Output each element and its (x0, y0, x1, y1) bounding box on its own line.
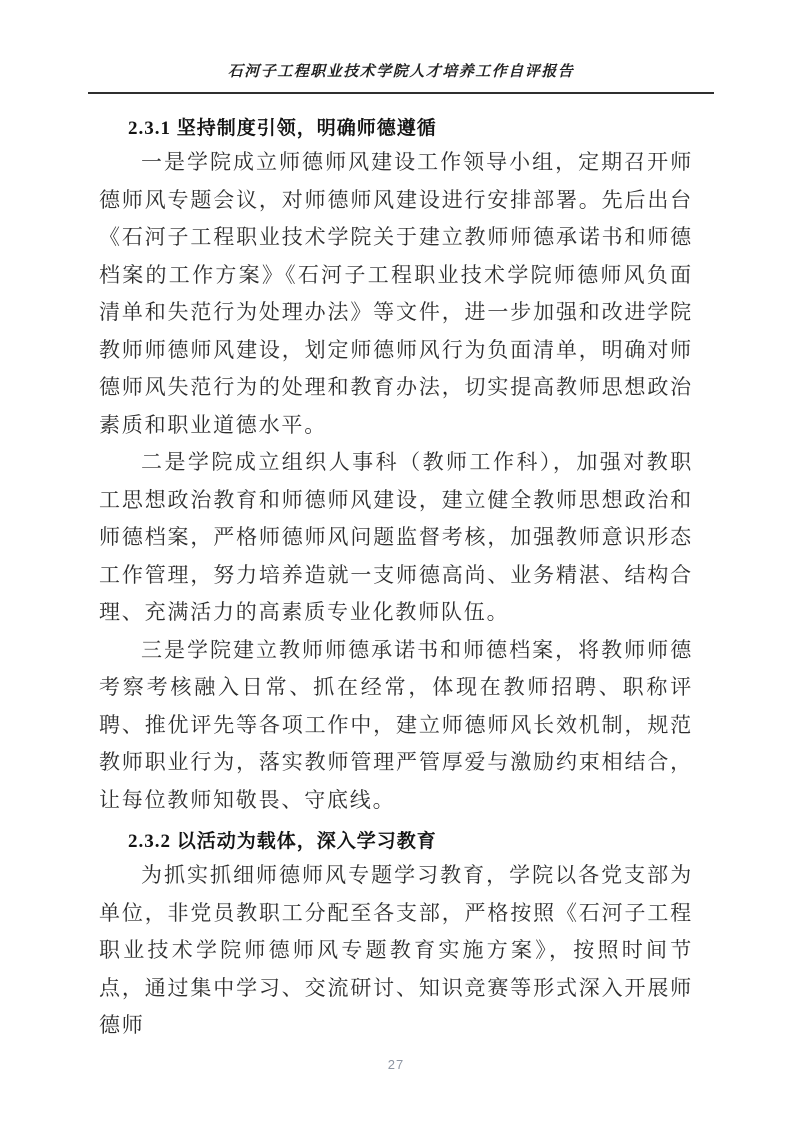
page-footer: 27 (0, 1056, 792, 1074)
paragraph-three: 三是学院建立教师师德承诺书和师德档案，将教师师德考察考核融入日常、抓在经常，体现… (99, 632, 693, 820)
page-number: 27 (388, 1057, 404, 1072)
page-content: 2.3.1 坚持制度引领，明确师德遵循 一是学院成立师德师风建设工作领导小组，定… (99, 106, 693, 1045)
paragraph-four: 为抓实抓细师德师风专题学习教育，学院以各党支部为单位，非党员教职工分配至各支部，… (99, 857, 693, 1045)
document-page: 石河子工程职业技术学院人才培养工作自评报告 2.3.1 坚持制度引领，明确师德遵… (0, 0, 792, 1122)
section-heading-2-3-2: 2.3.2 以活动为载体，深入学习教育 (99, 819, 693, 857)
section-heading-2-3-1: 2.3.1 坚持制度引领，明确师德遵循 (99, 106, 693, 144)
header-title: 石河子工程职业技术学院人才培养工作自评报告 (88, 60, 714, 81)
paragraph-one: 一是学院成立师德师风建设工作领导小组，定期召开师德师风专题会议，对师德师风建设进… (99, 144, 693, 444)
paragraph-two: 二是学院成立组织人事科（教师工作科），加强对教职工思想政治教育和师德师风建设，建… (99, 444, 693, 632)
page-header: 石河子工程职业技术学院人才培养工作自评报告 (88, 60, 714, 94)
